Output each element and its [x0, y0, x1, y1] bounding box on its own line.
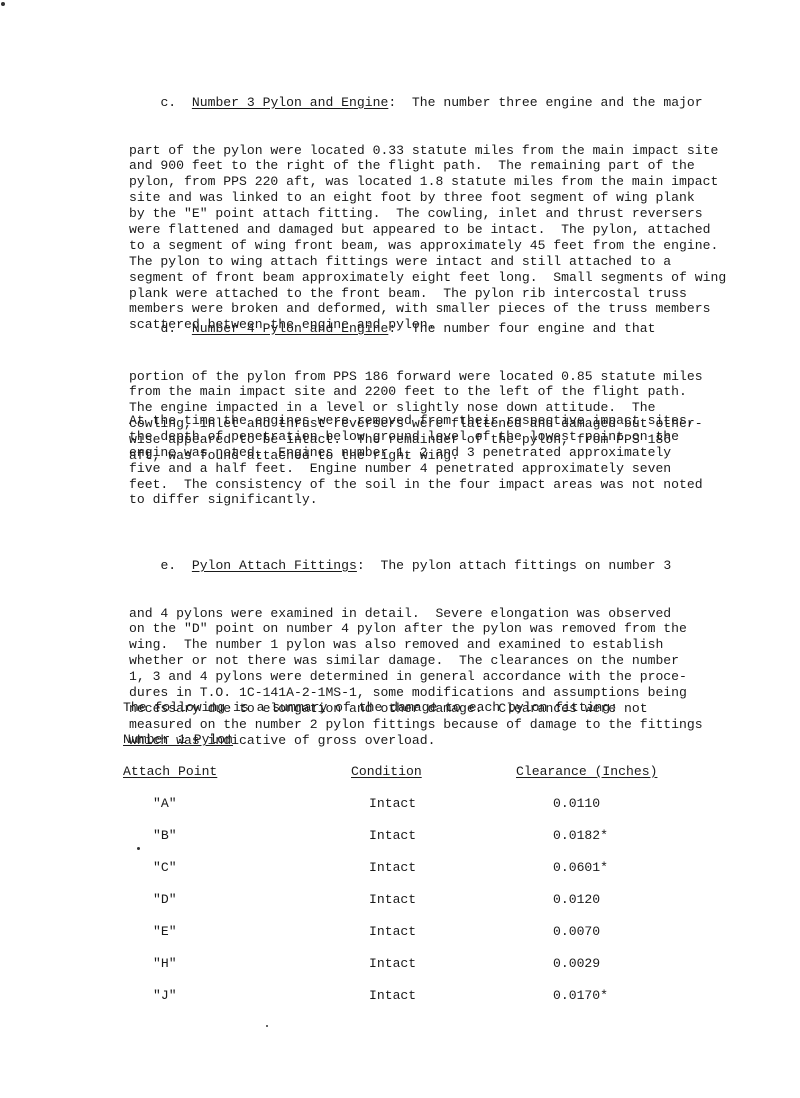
summary-intro: The following is a summary of the damage… — [123, 700, 618, 715]
table-cell-clearance: 0.0070 — [553, 924, 600, 939]
section-c-heading: Number 3 Pylon and Engine — [192, 95, 388, 110]
section-e-first-line: e. Pylon Attach Fittings: The pylon atta… — [129, 558, 729, 574]
text-line: to a segment of wing front beam, was app… — [129, 238, 729, 254]
section-e-paragraph: e. Pylon Attach Fittings: The pylon atta… — [129, 526, 729, 749]
section-e-line-0: The pylon attach fittings on number 3 — [365, 558, 671, 573]
table-cell-clearance: 0.0029 — [553, 956, 600, 971]
text-line: and 900 feet to the right of the flight … — [129, 158, 729, 174]
table-cell-condition: Intact — [369, 860, 416, 875]
table-cell-point: "H" — [153, 956, 177, 971]
header-clearance: Clearance (Inches) — [516, 764, 657, 779]
text-line: the depth of penetration below ground le… — [129, 429, 729, 445]
text-line: segment of front beam approximately eigh… — [129, 270, 729, 286]
section-e-heading: Pylon Attach Fittings — [192, 558, 357, 573]
section-c-line-0: The number three engine and the major — [396, 95, 702, 110]
table-cell-clearance: 0.0182* — [553, 828, 608, 843]
table-cell-condition: Intact — [369, 892, 416, 907]
text-line: measured on the number 2 pylon fittings … — [129, 717, 729, 733]
table-cell-condition: Intact — [369, 988, 416, 1003]
text-line: 1, 3 and 4 pylons were determined in gen… — [129, 669, 729, 685]
header-attach-point: Attach Point — [123, 764, 217, 779]
section-e-label: e. — [160, 558, 176, 573]
section-c-label: c. — [160, 95, 176, 110]
penetration-paragraph: At the time the engines were removed fro… — [129, 413, 729, 508]
table-cell-clearance: 0.0170* — [553, 988, 608, 1003]
table-cell-clearance: 0.0601* — [553, 860, 608, 875]
table-cell-condition: Intact — [369, 796, 416, 811]
text-line: The pylon to wing attach fittings were i… — [129, 254, 729, 270]
section-c-first-line: c. Number 3 Pylon and Engine: The number… — [129, 95, 729, 111]
text-line: portion of the pylon from PPS 186 forwar… — [129, 369, 729, 385]
table-title: Number 1 Pylon — [123, 732, 233, 747]
text-line: to differ significantly. — [129, 492, 729, 508]
text-line: part of the pylon were located 0.33 stat… — [129, 143, 729, 159]
text-line: on the "D" point on number 4 pylon after… — [129, 621, 729, 637]
table-cell-point: "E" — [153, 924, 177, 939]
text-line: wing. The number 1 pylon was also remove… — [129, 637, 729, 653]
scan-speck — [266, 1025, 268, 1027]
header-condition: Condition — [351, 764, 422, 779]
document-page: c. Number 3 Pylon and Engine: The number… — [0, 0, 800, 1098]
text-line: pylon, from PPS 220 aft, was located 1.8… — [129, 174, 729, 190]
section-d-line-0: The number four engine and that — [396, 321, 655, 336]
text-line: from the main impact site and 2200 feet … — [129, 384, 729, 400]
table-cell-point: "A" — [153, 796, 177, 811]
text-line: and 4 pylons were examined in detail. Se… — [129, 606, 729, 622]
text-line: whether or not there was similar damage.… — [129, 653, 729, 669]
table-cell-condition: Intact — [369, 828, 416, 843]
table-cell-clearance: 0.0110 — [553, 796, 600, 811]
text-line: dures in T.O. 1C-141A-2-1MS-1, some modi… — [129, 685, 729, 701]
table-cell-clearance: 0.0120 — [553, 892, 600, 907]
text-line: engine was noted. Engines number 1, 2 an… — [129, 445, 729, 461]
text-line: five and a half feet. Engine number 4 pe… — [129, 461, 729, 477]
scan-speck — [137, 847, 140, 850]
section-d-heading: Number 4 Pylon and Engine — [192, 321, 388, 336]
section-d-label: d. — [160, 321, 176, 336]
scan-speck — [1, 2, 5, 6]
text-line: At the time the engines were removed fro… — [129, 413, 729, 429]
text-line: feet. The consistency of the soil in the… — [129, 477, 729, 493]
table-cell-point: "J" — [153, 988, 177, 1003]
table-cell-point: "D" — [153, 892, 177, 907]
section-d-first-line: d. Number 4 Pylon and Engine: The number… — [129, 321, 729, 337]
text-line: by the "E" point attach fitting. The cow… — [129, 206, 729, 222]
table-cell-point: "B" — [153, 828, 177, 843]
table-cell-condition: Intact — [369, 924, 416, 939]
table-cell-point: "C" — [153, 860, 177, 875]
text-line: were flattened and damaged but appeared … — [129, 222, 729, 238]
table-cell-condition: Intact — [369, 956, 416, 971]
text-line: site and was linked to an eight foot by … — [129, 190, 729, 206]
